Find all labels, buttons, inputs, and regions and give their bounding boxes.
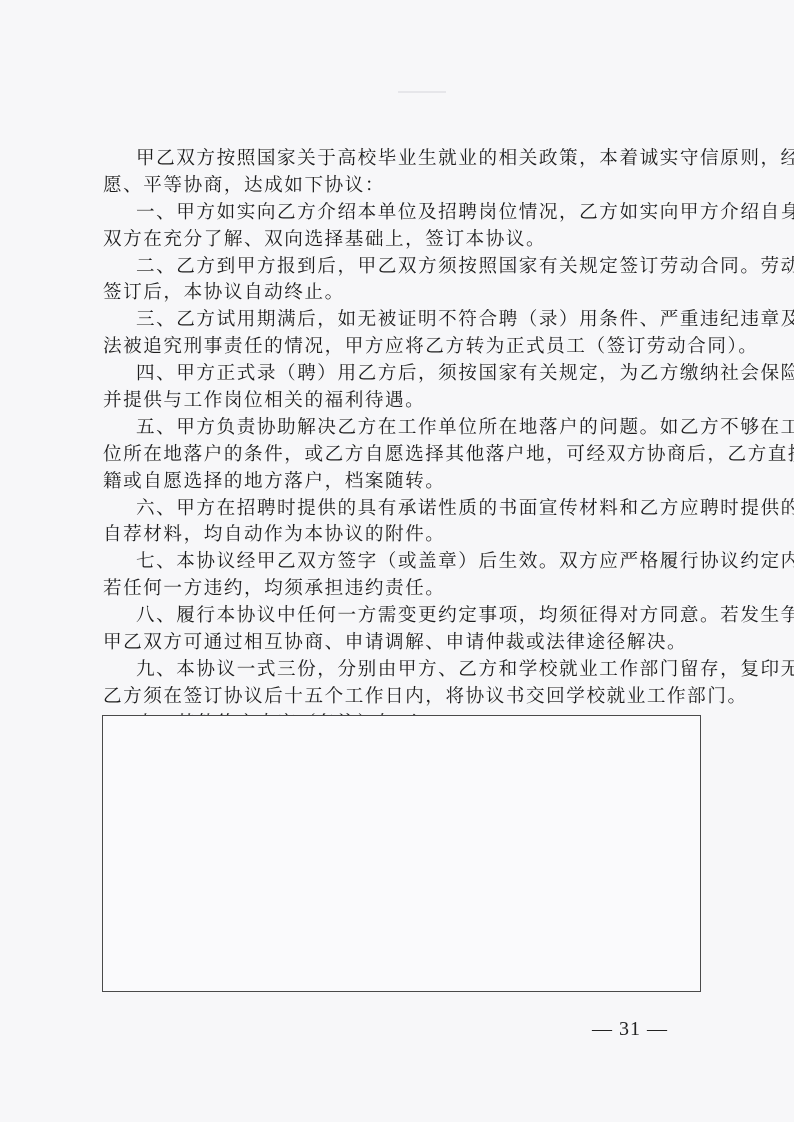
clause-5-line-1: 五、甲方负责协助解决乙方在工作单位所在地落户的问题。如乙方不够在工作单 — [103, 415, 703, 442]
clause-4-line-1: 四、甲方正式录（聘）用乙方后，须按国家有关规定，为乙方缴纳社会保险费， — [103, 361, 703, 388]
clause-8-line-2: 甲乙双方可通过相互协商、申请调解、申请仲裁或法律途径解决。 — [103, 630, 703, 657]
clause-1-line-1: 一、甲方如实向乙方介绍本单位及招聘岗位情况，乙方如实向甲方介绍自身情况， — [103, 200, 703, 227]
page-number: — 31 — — [592, 1018, 668, 1041]
agreement-body: 甲乙双方按照国家关于高校毕业生就业的相关政策，本着诚实守信原则，经过自 愿、平等… — [103, 146, 703, 738]
remarks-box — [102, 715, 701, 992]
clause-3-line-1: 三、乙方试用期满后，如无被证明不符合聘（录）用条件、严重违纪违章及因违 — [103, 307, 703, 334]
preamble-line-2: 愿、平等协商，达成如下协议： — [103, 173, 703, 200]
clause-6-line-1: 六、甲方在招聘时提供的具有承诺性质的书面宣传材料和乙方应聘时提供的书面 — [103, 496, 703, 523]
clause-5-line-2: 位所在地落户的条件，或乙方自愿选择其他落户地，可经双方协商后，乙方直接回原 — [103, 442, 703, 469]
clause-9-line-1: 九、本协议一式三份，分别由甲方、乙方和学校就业工作部门留存，复印无效。 — [103, 657, 703, 684]
clause-7-line-1: 七、本协议经甲乙双方签字（或盖章）后生效。双方应严格履行协议约定内容， — [103, 549, 703, 576]
clause-7-line-2: 若任何一方违约，均须承担违约责任。 — [103, 576, 703, 603]
scan-artifact-mark — [398, 91, 446, 93]
preamble-line-1: 甲乙双方按照国家关于高校毕业生就业的相关政策，本着诚实守信原则，经过自 — [103, 146, 703, 173]
clause-1-line-2: 双方在充分了解、双向选择基础上，签订本协议。 — [103, 227, 703, 254]
clause-3-line-2: 法被追究刑事责任的情况，甲方应将乙方转为正式员工（签订劳动合同）。 — [103, 334, 703, 361]
clause-2-line-1: 二、乙方到甲方报到后，甲乙双方须按照国家有关规定签订劳动合同。劳动合同 — [103, 254, 703, 281]
clause-8-line-1: 八、履行本协议中任何一方需变更约定事项，均须征得对方同意。若发生争议， — [103, 603, 703, 630]
clause-5-line-3: 籍或自愿选择的地方落户，档案随转。 — [103, 469, 703, 496]
clause-9-line-2: 乙方须在签订协议后十五个工作日内，将协议书交回学校就业工作部门。 — [103, 684, 703, 711]
clause-6-line-2: 自荐材料，均自动作为本协议的附件。 — [103, 522, 703, 549]
clause-2-line-2: 签订后，本协议自动终止。 — [103, 280, 703, 307]
clause-4-line-2: 并提供与工作岗位相关的福利待遇。 — [103, 388, 703, 415]
